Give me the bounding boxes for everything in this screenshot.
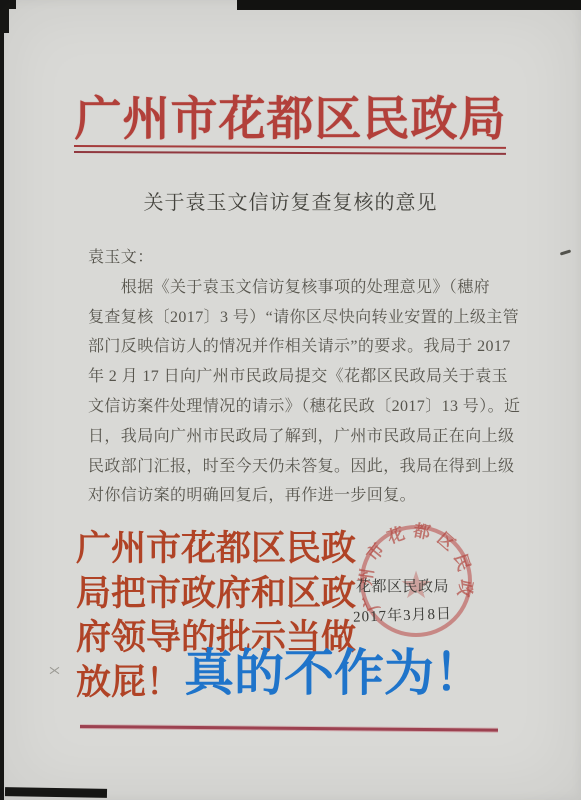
scan-edge-top-right	[237, 0, 581, 10]
scanned-letter: 广州市花都区民政局 关于袁玉文信访复查复核的意见 袁玉文： 根据《关于袁玉文信访…	[0, 0, 581, 800]
letter-body-line: 年 2 月 17 日向广州市民政局提交《花都区民政局关于袁玉	[88, 362, 508, 392]
signature-agency: 花都区民政局	[356, 575, 449, 596]
footer-rule	[80, 725, 498, 732]
letter-body-line: 部门反映信访人的情况并作相关请示”的要求。我局于 2017	[88, 332, 508, 362]
letter-body-line: 根据《关于袁玉文信访复核事项的处理意见》（穗府	[88, 273, 508, 303]
letter-body: 袁玉文： 根据《关于袁玉文信访复核事项的处理意见》（穗府复查复核〔2017〕3 …	[88, 243, 508, 511]
signature-date: 2017年3月8日	[353, 602, 453, 626]
graffiti-red-line: 广州市花都区民政	[76, 527, 356, 572]
scan-x-artifact	[49, 665, 60, 676]
letter-body-line: 复查复核〔2017〕3 号）“请你区尽快向转业安置的上级主管	[88, 303, 508, 333]
graffiti-red-line: 局把市政府和区政	[76, 572, 356, 617]
letter-body-line: 民政部门汇报，时至今天仍未答复。因此，我局在得到上级	[88, 452, 508, 482]
document-title: 关于袁玉文信访复查复核的意见	[0, 186, 581, 215]
letterhead-double-rule	[74, 145, 506, 155]
scan-dash-artifact	[560, 249, 571, 255]
agency-letterhead: 广州市花都区民政局	[0, 82, 581, 149]
letter-body-line: 文信访案件处理情况的请示》（穗花民政〔2017〕13 号）。近	[88, 392, 508, 422]
letter-body-line: 袁玉文：	[88, 243, 508, 273]
scan-corner-top-left-vertical	[0, 0, 9, 33]
scan-streak-bottom-left	[5, 787, 107, 798]
graffiti-blue-text: 真的不作为！	[184, 643, 484, 703]
letter-body-line: 对你信访案的明确回复后，再作进一步回复。	[88, 481, 508, 511]
letter-body-line: 日，我局向广州市民政局了解到，广州市民政局正在向上级	[88, 422, 508, 452]
